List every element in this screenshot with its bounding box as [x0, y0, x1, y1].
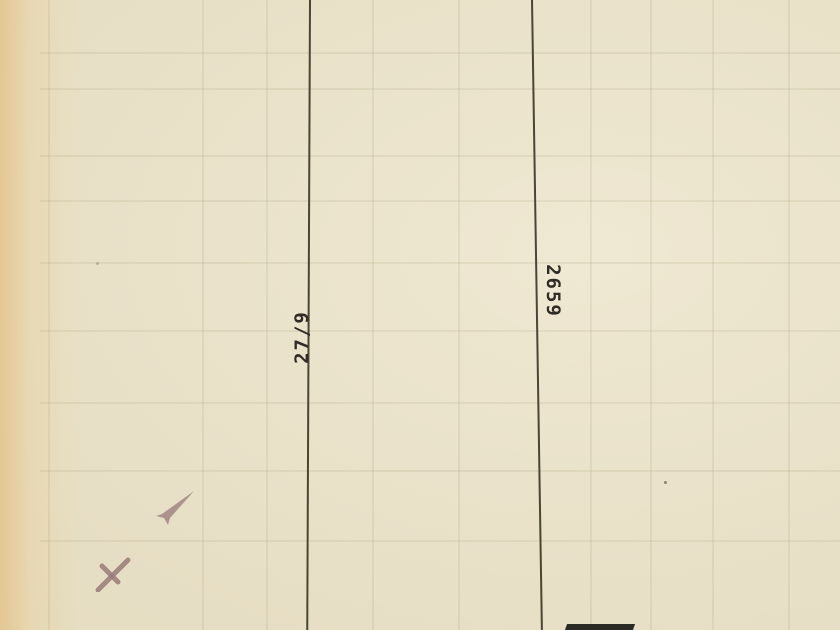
ghost-grid-line [590, 0, 592, 630]
ghost-grid-line [40, 200, 840, 202]
ghost-grid-line [40, 330, 840, 332]
scanned-document-page: 27/9 2659 [0, 0, 840, 630]
ghost-grid-line [40, 88, 840, 90]
ghost-grid-line [40, 470, 840, 472]
ghost-grid-line [48, 0, 50, 630]
ghost-grid-line [650, 0, 652, 630]
ghost-grid-line [266, 0, 268, 630]
ghost-grid-line [372, 0, 374, 630]
stamped-number-right: 2659 [542, 251, 564, 331]
paper-speck [664, 481, 667, 484]
ghost-grid-line [40, 52, 840, 54]
ghost-grid-line [40, 262, 840, 264]
ghost-grid-line [40, 155, 840, 157]
bottom-edge-mark [565, 624, 635, 630]
pencil-cross-icon [94, 556, 134, 592]
ghost-grid-line [458, 0, 460, 630]
ghost-grid-line [712, 0, 714, 630]
ghost-grid-line [788, 0, 790, 630]
ghost-grid-line [40, 402, 840, 404]
ghost-grid-line [202, 0, 204, 630]
pencil-tick-icon [150, 488, 196, 528]
stamped-number-left: 27/9 [291, 297, 313, 377]
ghost-grid-line [40, 540, 840, 542]
paper-speck [96, 262, 99, 265]
